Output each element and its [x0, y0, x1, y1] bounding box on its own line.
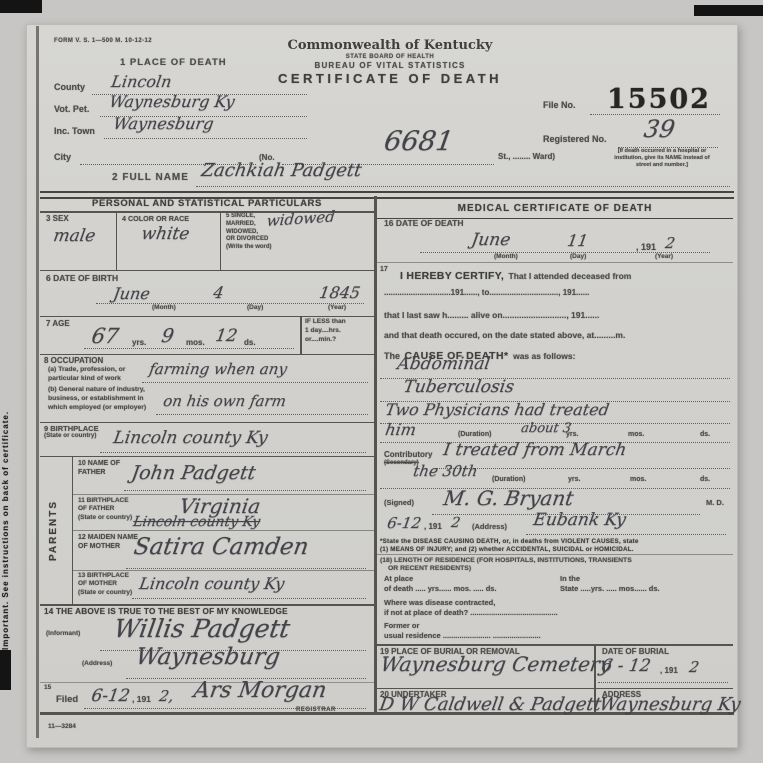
burial-date-value: 6 - 12 [600, 656, 652, 676]
occupation-b-value: on his own farm [162, 392, 287, 410]
former-line-1: Former or [384, 621, 419, 630]
mother-birthplace-line [132, 596, 366, 599]
mother-birthplace-value: Lincoln county Ky [138, 574, 286, 593]
cause-line-4: him [384, 420, 418, 439]
last-saw-line: that I last saw h......... alive on.....… [384, 310, 599, 320]
duration-label-1: (Duration) [458, 431, 491, 438]
state-line: State .....yrs. ..... mos...... ds. [560, 584, 660, 593]
duration-ds-1: ds. [700, 431, 710, 438]
residence-header-1: (18) LENGTH OF RESIDENCE (FOR HOSPITALS,… [380, 557, 632, 564]
inc-town-line [104, 136, 307, 139]
registered-no-value: 39 [642, 115, 677, 143]
if-less-box: IF LESS than 1 day....hrs. or....min.? [300, 316, 376, 354]
medical-section-header: MEDICAL CERTIFICATE OF DEATH [458, 203, 653, 214]
dob-month: June [112, 284, 152, 303]
row-rule-4 [40, 422, 374, 423]
registrar-signature: Ars Morgan [192, 678, 328, 703]
medical-rule-1 [377, 262, 733, 263]
former-line-2: usual residence ....................... … [384, 631, 541, 640]
occupation-a-value: farming when any [148, 360, 288, 378]
mother-maiden-value: Satira Camden [132, 534, 310, 560]
file-no-value: 15502 [607, 84, 711, 115]
registered-no-label: Registered No. [543, 134, 607, 144]
sex-label: 3 SEX [46, 214, 69, 223]
birthplace-value: Lincoln county Ky [112, 428, 269, 448]
registrar-label: REGISTRAR [296, 707, 336, 713]
burial-date-label: DATE OF BURIAL [602, 647, 669, 656]
certify-num: 17 [380, 266, 388, 273]
bureau-subtitle: BUREAU OF VITAL STATISTICS [235, 61, 545, 70]
cell-divider-1 [116, 211, 117, 270]
burial-date-line [598, 680, 728, 683]
age-days-value: 12 [214, 326, 239, 346]
signed-year-printed: , 191 [424, 522, 442, 531]
physician-address-label: (Address) [472, 522, 507, 531]
color-race-label: 4 COLOR OR RACE [122, 214, 189, 223]
row-rule-3 [40, 354, 374, 355]
city-label: City [54, 152, 71, 162]
occupation-b-label: (b) General nature of industry, business… [48, 385, 146, 413]
footnote-line-2: (1) MEANS OF INJURY; and (2) whether ACC… [380, 546, 634, 553]
burial-place-value: Waynesburg Cemetery [379, 652, 613, 676]
father-name-line [124, 488, 366, 491]
dod-month-sublabel: (Month) [494, 253, 518, 260]
in-the-label: In the [560, 574, 580, 583]
dod-year-sublabel: (Year) [655, 253, 673, 260]
duration-value: about 3 [520, 421, 572, 436]
medical-section-header-wrap: MEDICAL CERTIFICATE OF DEATH [377, 198, 733, 219]
vot-pet-label: Vot. Pet. [54, 104, 89, 114]
occupation-label: 8 OCCUPATION [44, 356, 103, 365]
dob-day-sublabel: (Day) [247, 304, 263, 311]
cell-divider-2 [220, 211, 221, 270]
physician-address-line [526, 532, 726, 535]
informant-value: Willis Padgett [112, 614, 292, 643]
birthplace-line [100, 450, 366, 453]
certificate-header: Commonwealth of Kentucky STATE BOARD OF … [235, 38, 545, 86]
contributory-value-2: the 30th [412, 462, 479, 480]
birthplace-sublabel: (State or country) [44, 432, 96, 439]
dod-day-sublabel: (Day) [570, 253, 586, 260]
occupation-a-label: (a) Trade, profession, or particular kin… [48, 365, 125, 383]
scan-mark-bottom-left [0, 650, 11, 690]
physician-address-value: Eubank Ky [532, 510, 627, 530]
filed-num-label: 15 [44, 684, 51, 691]
undertaker-value: D W Caldwell & Padgett [378, 694, 603, 715]
duration-mos-1: mos. [628, 431, 644, 438]
medical-rule-2 [377, 554, 733, 555]
death-occured-line: and that death occured, on the date stat… [384, 330, 625, 340]
dob-year-sublabel: (Year) [328, 304, 346, 311]
contributory-label: Contributory [384, 450, 432, 459]
vot-pet-value: Waynesburg Ky [108, 92, 236, 111]
father-birthplace-label: 11 BIRTHPLACE OF FATHER (State or countr… [78, 497, 132, 522]
informant-address-value: Waynesburg [134, 644, 282, 670]
scanned-death-certificate: Important. See instructions on back of c… [0, 0, 763, 763]
commonwealth-title: Commonwealth of Kentucky [235, 38, 545, 53]
dob-label: 6 DATE OF BIRTH [46, 273, 118, 283]
certificate-title: CERTIFICATE OF DEATH [235, 71, 545, 86]
form-left-border [36, 26, 39, 738]
signed-label: (Signed) [384, 498, 414, 507]
parents-rule-2 [72, 530, 374, 531]
mother-birthplace-label: 13 BIRTHPLACE OF MOTHER (State or countr… [78, 572, 132, 597]
full-name-line [196, 184, 730, 187]
dod-year-printed: , 191 [636, 242, 656, 252]
dod-month: June [470, 230, 512, 250]
duration-label-2: (Duration) [492, 476, 525, 483]
sex-value: male [52, 226, 97, 246]
st-ward-label: St., ........ Ward) [498, 152, 555, 161]
parents-rule-3 [72, 570, 374, 571]
parents-side-label: PARENTS [48, 470, 59, 590]
father-name-label: 10 NAME OF FATHER [78, 459, 120, 477]
duration-mos-2: mos. [630, 476, 646, 483]
dob-year: 1845 [318, 283, 362, 302]
contracted-line-1: Where was disease contracted, [384, 598, 495, 607]
dob-month-sublabel: (Month) [152, 304, 176, 311]
scan-mark-top-left [0, 0, 42, 13]
age-line [84, 346, 294, 349]
age-years-value: 67 [90, 324, 121, 348]
residence-header-2: OR RECENT RESIDENTS) [388, 565, 471, 572]
burial-top-rule [377, 644, 733, 646]
attended-dates-line: ..............................191......,… [384, 288, 589, 297]
footnote-line-1: *State the DISEASE CAUSING DEATH, or, in… [380, 538, 639, 545]
certify-line: I HEREBY CERTIFY, That I attended deceas… [400, 266, 631, 284]
board-subtitle: STATE BOARD OF HEALTH [235, 54, 545, 60]
contracted-line-2: if not at place of death? ..............… [384, 608, 558, 617]
filed-date-value: 6-12 [90, 686, 131, 706]
filed-year-printed: , 191 [132, 694, 151, 704]
cause-line-3: Two Physicians had treated [384, 400, 611, 419]
of-death-line: of death ..... yrs...... mos. ..... ds. [384, 584, 497, 593]
contributory-line-1 [436, 466, 730, 469]
burial-mid-rule [377, 688, 733, 689]
physician-signature: M. G. Bryant [442, 486, 575, 510]
dod-day: 11 [566, 231, 589, 250]
inc-town-label: Inc. Town [54, 126, 95, 136]
filed-label: Filed [56, 694, 78, 705]
form-number-top: FORM V. S. 1—500 M. 10-12-12 [54, 38, 152, 44]
full-name-value: Zachkiah Padgett [200, 160, 363, 181]
file-no-label: File No. [543, 100, 576, 110]
row-rule-6 [40, 604, 374, 606]
informant-address-label: (Address) [82, 660, 112, 667]
row-rule-5 [40, 456, 374, 457]
father-name-value: John Padgett [130, 462, 257, 484]
county-value: Lincoln [110, 72, 173, 91]
color-race-value: white [140, 224, 191, 244]
signed-date-value: 6-12 [386, 514, 423, 532]
informant-label: (Informant) [46, 630, 80, 637]
duration-yrs-2: yrs. [568, 476, 580, 483]
row-rule-1 [40, 270, 374, 271]
place-of-death-label: 1 PLACE OF DEATH [120, 57, 227, 68]
age-label: 7 AGE [46, 319, 70, 328]
at-place-label: At place [384, 574, 413, 583]
dod-label: 16 DATE OF DEATH [384, 218, 464, 228]
county-label: County [54, 82, 85, 92]
marital-label: 5 SINGLE, MARRIED, WIDOWED, OR DIVORCED … [226, 213, 272, 252]
city-no-value: 6681 [382, 126, 456, 157]
father-birthplace-struck-value: Lincoln county Ky [132, 514, 261, 530]
md-label: M. D. [706, 498, 724, 507]
form-number-bottom: 11—3284 [48, 723, 76, 730]
scan-mark-top-right [694, 5, 763, 16]
duration-ds-2: ds. [700, 476, 710, 483]
inc-town-value: Waynesburg [112, 114, 215, 133]
cause-line-2: Tuberculosis [402, 377, 516, 397]
filed-year-value: 2, [158, 687, 175, 705]
full-name-label: 2 FULL NAME [112, 172, 189, 183]
hospital-note: [If death occurred in a hospital or inst… [608, 148, 716, 169]
column-divider [374, 196, 377, 713]
mother-maiden-label: 12 MAIDEN NAME OF MOTHER [78, 533, 138, 551]
burial-date-year-printed: , 191 [660, 666, 678, 675]
duration-yrs-1: yrs. [566, 431, 578, 438]
undertaker-address-value: Waynesburg Ky [598, 694, 742, 715]
occupation-a-line [142, 380, 368, 383]
mother-maiden-line [126, 566, 366, 569]
cause-line-1: Abdominal [396, 354, 492, 374]
margin-instructions-note: Important. See instructions on back of c… [1, 150, 10, 650]
contributory-value-1: I treated from March [442, 440, 628, 460]
occupation-b-line [156, 412, 368, 415]
